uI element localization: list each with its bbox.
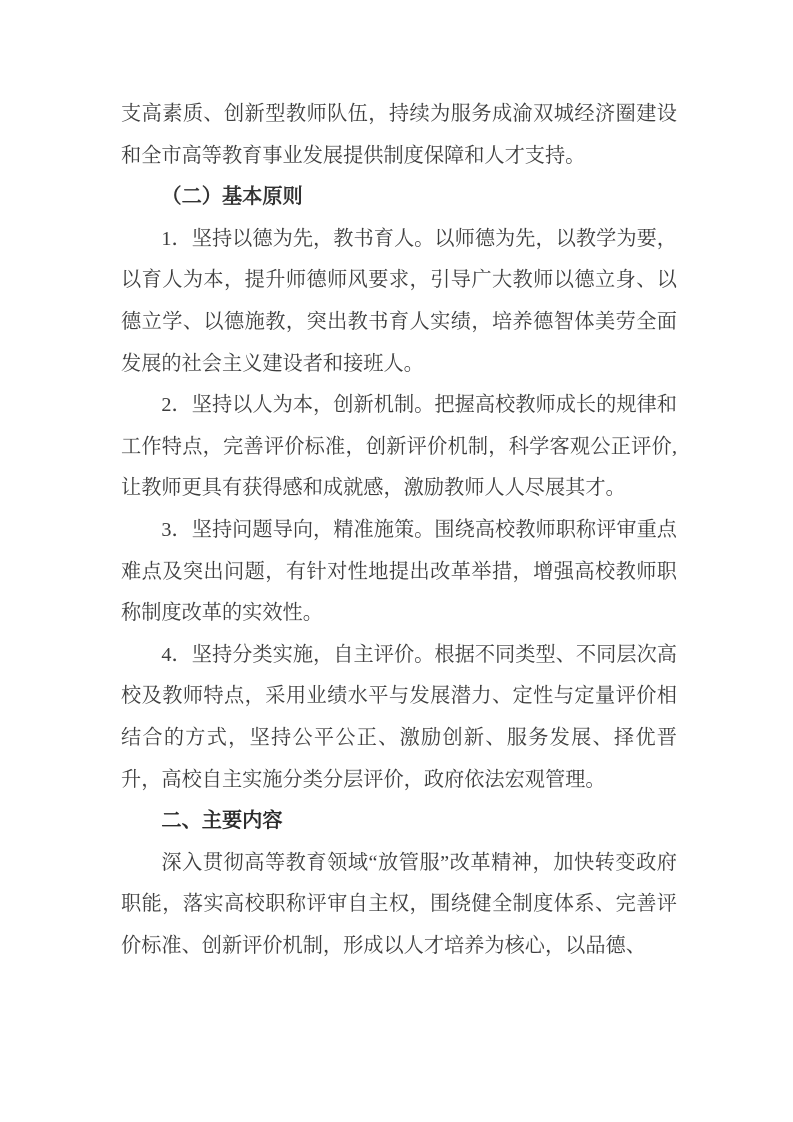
principle-item-4: 4．坚持分类实施，自主评价。根据不同类型、不同层次高校及教师特点，采用业绩水平与… xyxy=(121,635,677,801)
sub-heading-basic-principles: （二）基本原则 xyxy=(121,177,677,219)
section-heading-main-content: 二、主要内容 xyxy=(121,801,677,843)
principle-item-2: 2．坚持以人为本，创新机制。把握高校教师成长的规律和工作特点，完善评价标准，创新… xyxy=(121,385,677,510)
document-page: 支高素质、创新型教师队伍，持续为服务成渝双城经济圈建设和全市高等教育事业发展提供… xyxy=(0,0,793,1122)
paragraph-main-content-intro: 深入贯彻高等教育领域“放管服”改革精神，加快转变政府职能，落实高校职称评审自主权… xyxy=(121,843,677,968)
principle-item-1: 1．坚持以德为先，教书育人。以师德为先，以教学为要，以育人为本，提升师德师风要求… xyxy=(121,219,677,385)
paragraph-continuation: 支高素质、创新型教师队伍，持续为服务成渝双城经济圈建设和全市高等教育事业发展提供… xyxy=(121,94,677,177)
document-text-block: 支高素质、创新型教师队伍，持续为服务成渝双城经济圈建设和全市高等教育事业发展提供… xyxy=(121,94,677,967)
principle-item-3: 3．坚持问题导向，精准施策。围绕高校教师职称评审重点难点及突出问题，有针对性地提… xyxy=(121,510,677,635)
